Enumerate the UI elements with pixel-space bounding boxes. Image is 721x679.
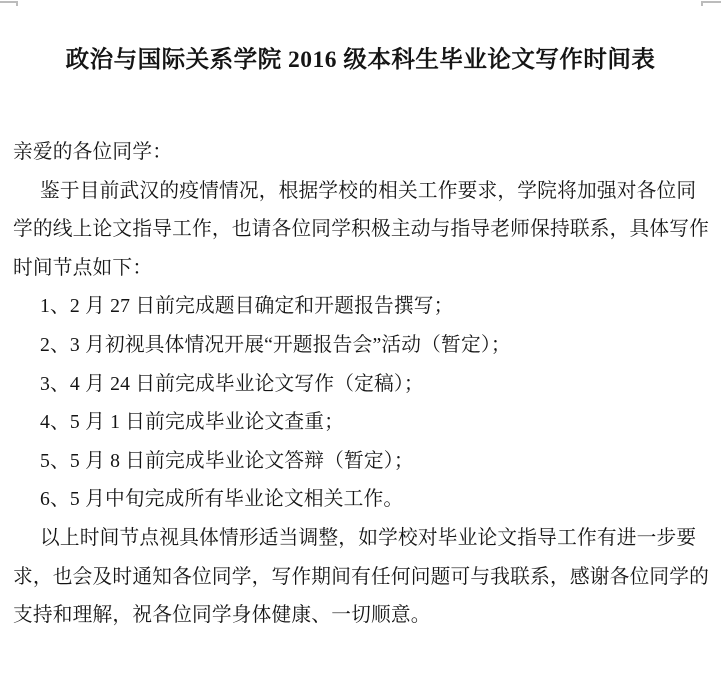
document-body: 亲爱的各位同学： 鉴于目前武汉的疫情情况，根据学校的相关工作要求，学院将加强对各… [0,133,721,635]
paragraph-line-salutation: 亲爱的各位同学： [13,133,708,172]
schedule-item-5: 5、5 月 8 日前完成毕业论文答辩（暂定）； [13,442,708,481]
schedule-item-6: 6、5 月中旬完成所有毕业论文相关工作。 [13,480,708,519]
schedule-item-3: 3、4 月 24 日前完成毕业论文写作（定稿）； [13,365,708,404]
paragraph-line-closing-2: 求，也会及时通知各位同学，写作期间有任何问题可与我联系，感谢各位同学的 [13,558,708,597]
page-corner-mark-right [701,1,721,6]
schedule-item-4: 4、5 月 1 日前完成毕业论文查重； [13,403,708,442]
document-title: 政治与国际关系学院 2016 级本科生毕业论文写作时间表 [0,45,721,75]
paragraph-line-closing-3: 支持和理解，祝各位同学身体健康、一切顺意。 [13,596,708,635]
paragraph-line-intro-2: 学的线上论文指导工作，也请各位同学积极主动与指导老师保持联系，具体写作 [13,210,708,249]
schedule-item-2: 2、3 月初视具体情况开展“开题报告会”活动（暂定）； [13,326,708,365]
paragraph-line-intro-3: 时间节点如下： [13,249,708,288]
paragraph-line-closing-1: 以上时间节点视具体情形适当调整，如学校对毕业论文指导工作有进一步要 [13,519,708,558]
document-page: 政治与国际关系学院 2016 级本科生毕业论文写作时间表 亲爱的各位同学： 鉴于… [0,0,721,679]
schedule-item-1: 1、2 月 27 日前完成题目确定和开题报告撰写； [13,287,708,326]
page-corner-mark-left [0,1,18,6]
paragraph-line-intro-1: 鉴于目前武汉的疫情情况，根据学校的相关工作要求，学院将加强对各位同 [13,172,708,211]
